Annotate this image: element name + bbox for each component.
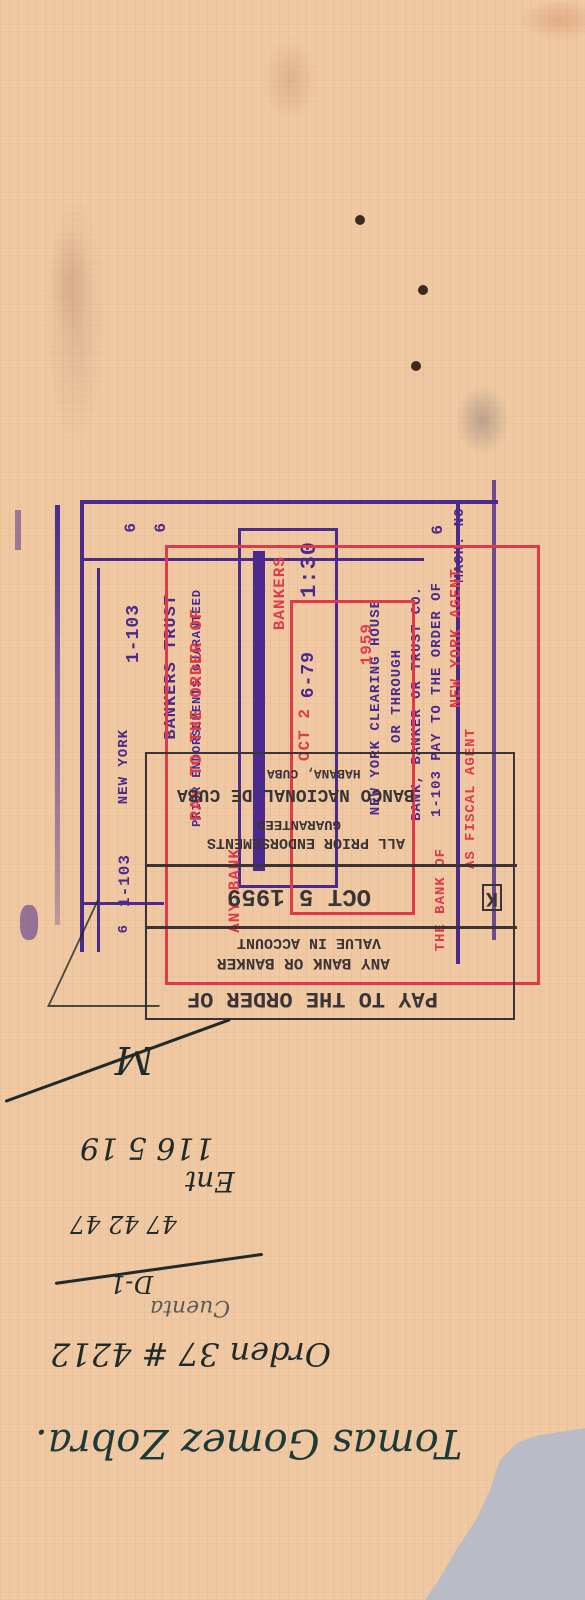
handwritten-rule (55, 1253, 263, 1285)
purple-border (97, 568, 100, 952)
transit-number: 1-103 (124, 604, 144, 663)
punch-hole (411, 361, 421, 371)
handwritten-order: Orden 37 # 4212 (50, 1335, 331, 1373)
ink-smudge (45, 190, 105, 450)
ink-smudge (455, 385, 510, 455)
security-pattern: NEW YORK BANK EXCHANGE CHEMICAL (10, 10, 30, 11)
handwritten-rule (4, 1018, 231, 1103)
left-number: 6 (122, 522, 140, 533)
city-label: NEW YORK (116, 729, 132, 804)
guaranteed-black: GUARANTEED (257, 816, 341, 832)
banco-nacional-stamp: PAY TO THE ORDER OF ANY BANK OR BANKER V… (145, 752, 515, 1020)
prior-endorsements-black: ALL PRIOR ENDORSEMENTS (207, 834, 405, 851)
handwritten-ref: Ent (185, 1165, 235, 1198)
check-paper: NEW YORK BANK EXCHANGE CHEMICAL MACH. NO… (0, 0, 585, 1600)
left-number: 6 (152, 522, 170, 533)
purple-mark (55, 505, 60, 925)
purple-mark (15, 510, 21, 550)
stamp-rule (147, 926, 517, 929)
agent-red: NEW YORK AGENT (448, 568, 465, 708)
purple-mark (20, 905, 38, 940)
punch-hole (355, 215, 365, 225)
handwritten-dept: D-1 (110, 1270, 153, 1298)
value-in-account: VALUE IN ACCOUNT (237, 934, 381, 951)
handwritten-number: 47 42 47 (70, 1210, 177, 1238)
pay-to-order-black: PAY TO THE ORDER OF (187, 986, 438, 1011)
machine-number: 6 (429, 524, 447, 535)
banco-code: K (482, 884, 502, 911)
banco-nacional: BANCO NACIONAL DE CUBA (177, 784, 415, 804)
handwritten-account: Cuenta (150, 1295, 230, 1320)
punch-hole (418, 285, 428, 295)
stamp-rule (147, 864, 517, 867)
any-bank-black: ANY BANK OR BANKER (217, 954, 390, 972)
handwritten-amount: 116 5 19 (80, 1130, 214, 1165)
banco-date: OCT 5 1959 (227, 882, 371, 909)
habana-cuba: HABANA, CUBA (267, 766, 361, 781)
handwritten-signature: Tomas Gomez Zobra. (35, 1420, 462, 1466)
